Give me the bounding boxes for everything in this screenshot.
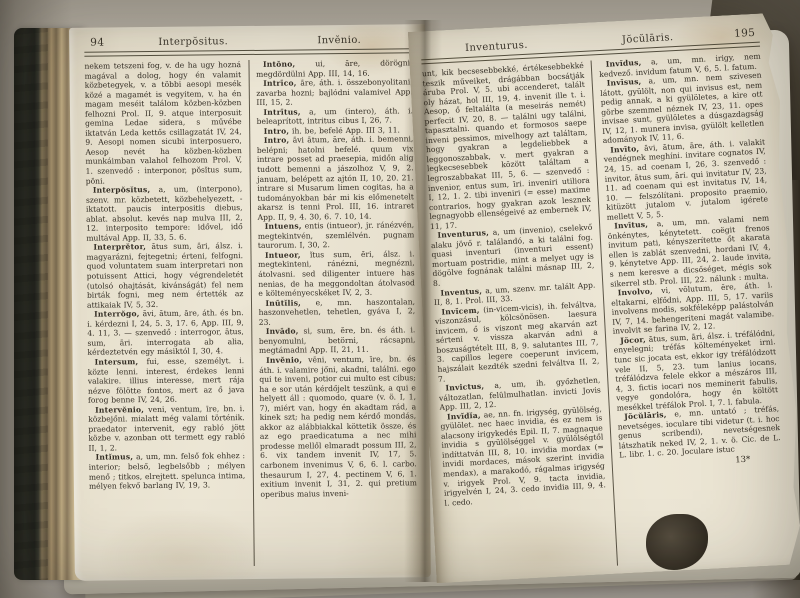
- headword: Intro,: [264, 126, 290, 135]
- left-page: 94 Interpŏsitus. Invĕnio. nekem tetszeni…: [69, 24, 431, 581]
- headword: Intuens,: [265, 222, 302, 231]
- dictionary-entry: Interrŏgo, āvi, ātum, āre, áth. és bn. i…: [87, 308, 244, 357]
- headword: Inventurus,: [437, 228, 489, 240]
- headword: Intersum,: [95, 357, 139, 366]
- headword: Intro,: [264, 136, 290, 145]
- dictionary-entry: Interprĕtor, ātus sum, āri, álsz. i. mag…: [86, 241, 243, 309]
- right-page: Inventurus. Jŏcŭlāris. 195 unt, kik becs…: [408, 13, 800, 584]
- headword: Invĭdĭa,: [447, 410, 481, 421]
- headword: Invīto,: [610, 144, 639, 155]
- headword: Invĕnio,: [266, 355, 302, 364]
- dictionary-entry: Invīto, āvi, ātum, āre, áth. i. valakit …: [603, 137, 769, 222]
- headword: Involvo,: [618, 287, 654, 298]
- dictionary-entry: Intro, āvi ātum, āre, áth. i. bemenni, b…: [257, 135, 414, 223]
- dictionary-entry: Invĭcem, (in-vicem-vicis), ih. felváltva…: [434, 299, 600, 384]
- text-column: nekem tetszeni fog, v. de ha ugy hozná m…: [84, 60, 246, 568]
- book-photo: 94 Interpŏsitus. Invĕnio. nekem tetszeni…: [0, 0, 800, 598]
- headword: Intrīco,: [263, 79, 296, 88]
- running-head: 94 Interpŏsitus. Invĕnio.: [84, 33, 412, 48]
- headword: Intĭmus,: [96, 453, 134, 462]
- headword: Invītus,: [614, 220, 648, 231]
- text-column: Intŏno, ui, āre, dörögni, megdördülni Ap…: [248, 58, 418, 566]
- dictionary-entry: Invītus, a, um, mn. valami nem önkénytes…: [607, 214, 772, 289]
- dictionary-entry: Interpŏsĭtus, a, um, (interpono), szenv.…: [86, 184, 243, 243]
- headword: Inventus,: [440, 286, 482, 297]
- dictionary-entry: nekem tetszeni fog, v. de ha ugy hozná m…: [84, 60, 242, 186]
- dictionary-entry: Inventurus, a, um (invenio), cselekvő al…: [430, 223, 595, 289]
- headword: Invīsus,: [607, 77, 642, 88]
- dictionary-entry: Intrītus, a, um (intero), áth. i. beleap…: [256, 106, 413, 127]
- header-double-rule: [84, 48, 412, 56]
- dictionary-entry: unt, kik becsesebbekké, értékesebbekké t…: [422, 61, 592, 232]
- dictionary-entry: Intĭmus, a, um, mn. felső fok ehhez : in…: [89, 451, 246, 491]
- headword: Interprĕtor,: [93, 242, 146, 252]
- text-column: Invĭdus, a, um, mn. irigy, nem kedvező. …: [591, 52, 787, 566]
- dictionary-entry: Jŏcŭlāris, e, mn. untató ; tréfás, nevet…: [617, 404, 781, 460]
- headword: Inūtĭlis,: [265, 298, 301, 307]
- dictionary-entry: Intuens, entis (intueor), jr. ránézvén, …: [258, 221, 415, 251]
- headword: Invĭdus,: [606, 58, 642, 69]
- dictionary-entry: Invĕnio, vēni, ventum, īre, bn. és áth. …: [259, 354, 417, 499]
- dictionary-entry: Involvo, vi, vŏlutum, ĕre, áth. i. eltak…: [611, 280, 775, 336]
- headword: Interpŏsĭtus,: [93, 185, 151, 195]
- page-number: 94: [84, 36, 120, 48]
- dictionary-entry: Intrīco, āre, áth. i. összebonyolitani, …: [256, 77, 413, 107]
- dictionary-entry: Jŏcor, ātus, sum, āri, álsz. i. tréfálód…: [613, 328, 779, 413]
- headword: Invĭcem,: [441, 305, 480, 316]
- dictionary-entry: Intueor, ĭtus sum, ēri, álsz. i. megteki…: [258, 249, 415, 298]
- dictionary-entry: Intŏno, ui, āre, dörögni, megdördülni Ap…: [256, 58, 413, 79]
- text-column: unt, kik becsesebbekké, értékesebbekké t…: [422, 61, 610, 575]
- headword: Jŏcor,: [620, 335, 646, 345]
- dictionary-entry: Intersum, fui, esse, személyt. i. közte …: [88, 356, 245, 405]
- headword: Intervĕnio,: [95, 405, 144, 415]
- text-column-content: Invĭdus, a, um, mn. irigy, nem kedvező. …: [599, 52, 782, 461]
- headword: Interrŏgo,: [94, 309, 140, 318]
- dictionary-entry: Invĭdĭa, ae, nn. fn. irigység, gyülölség…: [440, 404, 607, 508]
- dictionary-entry: Invīsus, a, um, mn. nem szivesen látott,…: [600, 71, 765, 146]
- running-head-last-word: Invĕnio.: [266, 34, 412, 47]
- headword: Intrītus,: [263, 107, 300, 116]
- headword: Invictus,: [445, 382, 484, 393]
- headword: Jŏcŭlāris,: [624, 410, 667, 421]
- dictionary-entry: Inūtĭlis, e, mn. haszontalan, haszonvehe…: [258, 297, 415, 327]
- page-number: 195: [723, 27, 760, 41]
- running-head-first-word: Interpŏsitus.: [120, 36, 266, 49]
- headword: Invādo,: [266, 327, 299, 336]
- dictionary-entry: Invādo, si, sum, ĕre, bn. és áth. i. ben…: [259, 326, 416, 356]
- dictionary-entry: Intervĕnio, veni, ventum, īre, bn. i. kö…: [88, 404, 245, 453]
- headword: Intŏno,: [263, 60, 295, 69]
- headword: Intueor,: [265, 250, 301, 259]
